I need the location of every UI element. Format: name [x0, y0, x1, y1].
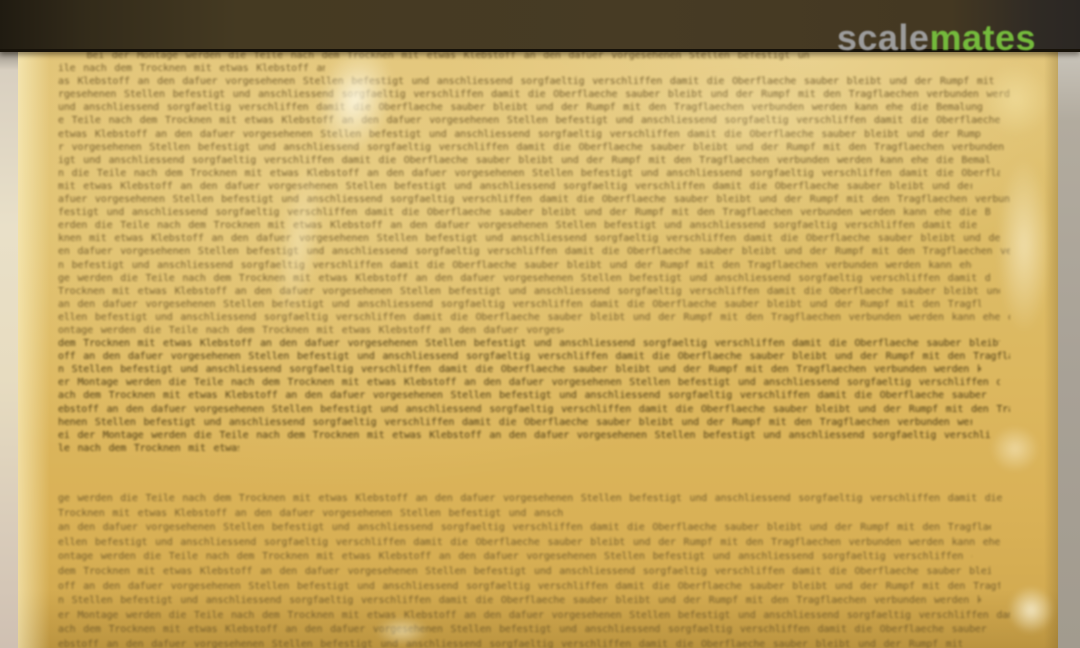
text-line: an den dafuer vorgesehenen Stellen befes…	[58, 522, 991, 537]
text-line: le nach dem Trocknen mit etwas Klebstoff…	[58, 443, 239, 456]
text-line: ontage werden die Teile nach dem Trockne…	[58, 325, 563, 338]
text-line: dem Trocknen mit etwas Klebstoff an den …	[58, 566, 991, 581]
text-line: e Teile nach dem Trocknen mit etwas Kleb…	[58, 115, 1000, 128]
text-line: afuer vorgesehenen Stellen befestigt und…	[58, 194, 1010, 207]
text-line: er Montage werden die Teile nach dem Tro…	[58, 377, 1000, 390]
text-line: erden die Teile nach dem Trocknen mit et…	[58, 220, 981, 233]
text-line: knen mit etwas Klebstoff an den dafuer v…	[58, 233, 1000, 246]
text-line: dem Trocknen mit etwas Klebstoff an den …	[58, 338, 1000, 351]
watermark-scale: scale	[837, 17, 930, 58]
text-line: off an den dafuer vorgesehenen Stellen b…	[58, 581, 1000, 596]
text-line: ile nach dem Trocknen mit etwas Klebstof…	[58, 63, 325, 76]
text-block-1: Bei der Montage werden die Teile nach de…	[58, 50, 1010, 456]
typewritten-text-layer: Bei der Montage werden die Teile nach de…	[58, 0, 1010, 648]
text-line: en dafuer vorgesehenen Stellen befestigt…	[58, 246, 1010, 259]
text-line: ge werden die Teile nach dem Trocknen mi…	[58, 273, 991, 286]
text-line: ellen befestigt und anschliessend sorgfa…	[58, 537, 1000, 552]
text-line: as Klebstoff an den dafuer vorgesehenen …	[58, 76, 1000, 89]
text-line: ei der Montage werden die Teile nach dem…	[58, 430, 991, 443]
text-line: Trocknen mit etwas Klebstoff an den dafu…	[58, 286, 1000, 299]
text-line: ellen befestigt und anschliessend sorgfa…	[58, 312, 1010, 325]
text-line: an den dafuer vorgesehenen Stellen befes…	[58, 299, 981, 312]
text-line: er Montage werden die Teile nach dem Tro…	[58, 610, 1010, 625]
backdrop-right	[1058, 50, 1080, 648]
text-line: Trocknen mit etwas Klebstoff an den dafu…	[58, 508, 563, 523]
text-line: igt und anschliessend sorgfaeltig versch…	[58, 155, 991, 168]
text-block-2: ge werden die Teile nach dem Trocknen mi…	[58, 493, 1010, 648]
text-line: ebstoff an den dafuer vorgesehenen Stell…	[58, 404, 1010, 417]
text-line: n Stellen befestigt und anschliessend so…	[58, 364, 981, 377]
text-line: rgesehenen Stellen befestigt und anschli…	[58, 89, 1010, 102]
text-line: und anschliessend sorgfaeltig verschliff…	[58, 102, 991, 115]
text-line: r vorgesehenen Stellen befestigt und ans…	[58, 142, 1010, 155]
photo: Bei der Montage werden die Teile nach de…	[0, 0, 1080, 648]
text-line: festigt und anschliessend sorgfaeltig ve…	[58, 207, 991, 220]
text-line: ach dem Trocknen mit etwas Klebstoff an …	[58, 390, 991, 403]
watermark-mates: mates	[929, 17, 1036, 58]
bag-edge-left	[0, 46, 18, 648]
text-line: ebstoff an den dafuer vorgesehenen Stell…	[58, 639, 962, 648]
text-line: ge werden die Teile nach dem Trocknen mi…	[58, 493, 1010, 508]
text-line: n Stellen befestigt und anschliessend so…	[58, 595, 981, 610]
text-line: n befestigt und anschliessend sorgfaelti…	[58, 260, 972, 273]
text-line: n die Teile nach dem Trocknen mit etwas …	[58, 168, 1000, 181]
scalemates-watermark: scalemates	[837, 20, 1036, 56]
text-line: ontage werden die Teile nach dem Trockne…	[58, 551, 972, 566]
text-line: etwas Klebstoff an den dafuer vorgesehen…	[58, 129, 981, 142]
text-line: ach dem Trocknen mit etwas Klebstoff an …	[58, 624, 991, 639]
text-line: henen Stellen befestigt und anschliessen…	[58, 417, 972, 430]
text-line: mit etwas Klebstoff an den dafuer vorges…	[58, 181, 972, 194]
text-line: off an den dafuer vorgesehenen Stellen b…	[58, 351, 1010, 364]
